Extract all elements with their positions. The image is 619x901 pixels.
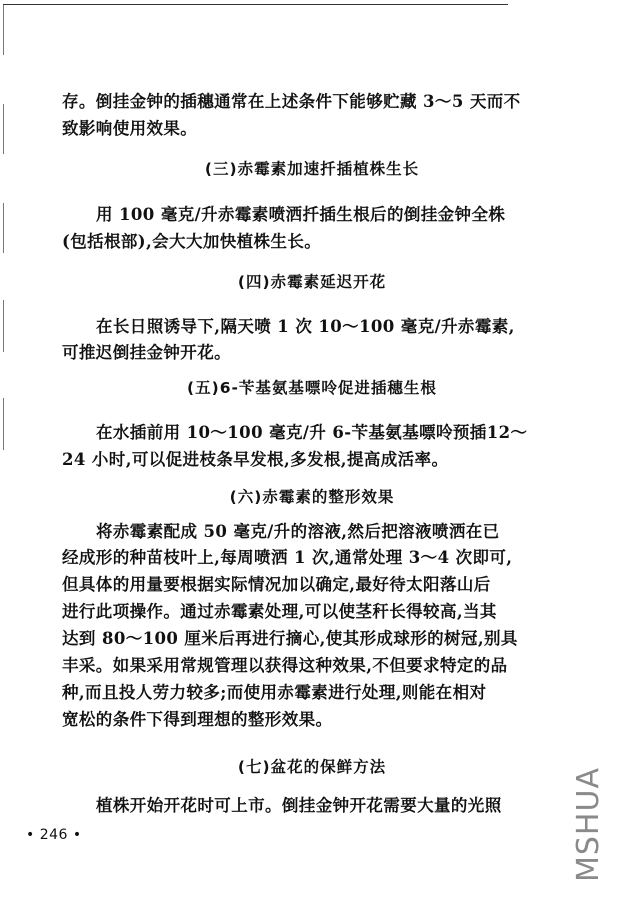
paragraph-line: 宽松的条件下得到理想的整形效果。 — [62, 710, 332, 730]
paragraph-line: 将赤霉素配成 50 毫克/升的溶液,然后把溶液喷洒在已 — [96, 522, 500, 542]
paragraph-line: 进行此项操作。通过赤霉素处理,可以使茎秆长得较高,当其 — [62, 602, 497, 622]
paragraph-line: 但具体的用量要根据实际情况加以确定,最好待太阳落山后 — [62, 575, 491, 595]
paragraph-line: 丰采。如果采用常规管理以获得这种效果,不但要求特定的品 — [62, 656, 508, 676]
scan-margin-mark — [3, 398, 4, 450]
section-heading: (七)盆花的保鲜方法 — [62, 757, 562, 777]
paragraph-line: (包括根部),会大大加快植株生长。 — [62, 232, 321, 252]
page-number: • 246 • — [26, 826, 82, 844]
paragraph-line: 存。倒挂金钟的插穗通常在上述条件下能够贮藏 3～5 天而不 — [62, 92, 521, 112]
paragraph-line: 达到 80～100 厘米后再进行摘心,使其形成球形的树冠,别具 — [62, 629, 518, 649]
scan-margin-mark — [3, 203, 4, 253]
paragraph-line: 24 小时,可以促进枝条早发根,多发根,提高成活率。 — [62, 450, 448, 470]
paragraph-line: 种,而且投人劳力较多;而使用赤霉素进行处理,则能在相对 — [62, 683, 486, 703]
section-heading: (六)赤霉素的整形效果 — [62, 487, 562, 507]
paragraph-line: 致影响使用效果。 — [62, 119, 197, 139]
paragraph-line: 可推迟倒挂金钟开花。 — [62, 343, 231, 363]
scan-margin-mark — [3, 5, 4, 55]
paragraph-line: 在水插前用 10～100 毫克/升 6-苄基氨基嘌呤预插12～ — [96, 423, 527, 443]
section-heading: (四)赤霉素延迟开花 — [62, 272, 562, 292]
section-heading: (五)6-苄基氨基嘌呤促进插穗生根 — [62, 378, 562, 398]
paragraph-line: 在长日照诱导下,隔天喷 1 次 10～100 毫克/升赤霉素, — [96, 317, 515, 337]
scan-margin-mark — [3, 300, 4, 352]
watermark-text: MSHUA — [574, 767, 604, 882]
section-heading: (三)赤霉素加速扦插植株生长 — [62, 159, 562, 179]
paragraph-line: 用 100 毫克/升赤霉素喷洒扦插生根后的倒挂金钟全株 — [96, 205, 505, 225]
scan-margin-mark — [3, 104, 4, 154]
scan-top-border — [3, 4, 508, 5]
paragraph-line: 植株开始开花时可上市。倒挂金钟开花需要大量的光照 — [96, 796, 502, 816]
paragraph-line: 经成形的种苗枝叶上,每周喷洒 1 次,通常处理 3～4 次即可, — [62, 548, 512, 568]
